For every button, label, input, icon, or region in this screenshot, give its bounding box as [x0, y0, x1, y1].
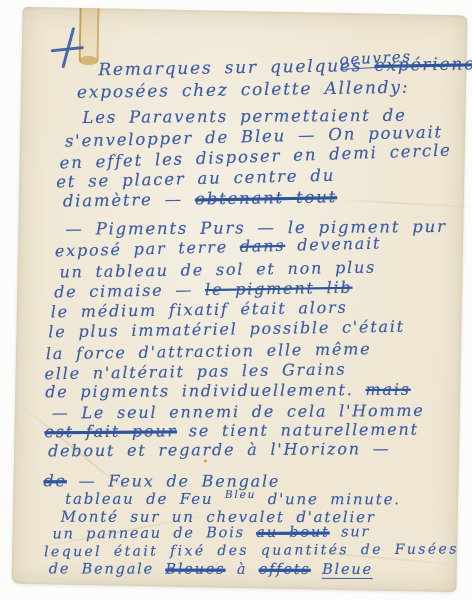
manuscript-segment: tableau de Feu [65, 490, 225, 508]
manuscript-segment: se tient naturellement [177, 420, 419, 441]
manuscript-line: Monté sur un chevalet d'atelier [61, 508, 376, 527]
manuscript-segment-u: Bleue [322, 562, 373, 579]
manuscript-line: oeuvres [339, 47, 412, 69]
manuscript-line: exposées chez colette Allendy: [77, 78, 410, 103]
manuscript-segment: debout et regarde à l'Horizon — [48, 439, 391, 460]
manuscript-segment: un panneau de Bois [52, 525, 256, 542]
manuscript-segment [311, 562, 322, 578]
manuscript-line: de — Feux de Bengale [43, 471, 280, 490]
manuscript-text: Remarques sur quelques expériencesoeuvre… [12, 7, 468, 592]
manuscript-segment: — Feux de Bengale [67, 471, 280, 490]
manuscript-segment-strike: le pigment lib [205, 278, 353, 299]
manuscript-segment: devenait [285, 233, 381, 254]
manuscript-segment-u: oeuvres [339, 47, 412, 70]
manuscript-segment: de Bengale [49, 561, 166, 577]
manuscript-line: lequel était fixé des quantités de Fusée… [44, 541, 459, 560]
manuscript-segment: d'une minute. [256, 490, 401, 508]
manuscript-segment: lequel était fixé des quantités de Fusée… [44, 541, 459, 560]
manuscript-segment-xstrike: est fait pour [44, 421, 177, 441]
manuscript-line: tableau de Feu Bleu d'une minute. [65, 490, 401, 509]
manuscript-segment: exposé par terre [55, 237, 240, 261]
manuscript-segment-xstrike: au bout [256, 525, 329, 542]
manuscript-line: Remarques sur quelques expériences [98, 54, 472, 80]
manuscript-line: un panneau de Bois au bout sur [52, 524, 370, 542]
manuscript-line: de Bengale Bleues à effets Bleue [49, 561, 373, 578]
manuscript-segment-sup: Bleu [225, 489, 256, 501]
manuscript-segment: sur [330, 524, 371, 540]
paper: Remarques sur quelques expériencesoeuvre… [12, 7, 468, 592]
manuscript-segment: Remarques sur quelques [98, 56, 374, 80]
manuscript-line: diamètre — obtenant tout [63, 187, 338, 210]
manuscript-segment-xstrike: de [43, 471, 66, 490]
manuscript-segment: — Pigments Purs — le pigment pur [65, 217, 447, 239]
manuscript-line: de pigments individuellement. mais [45, 380, 411, 402]
manuscript-segment: diamètre — [63, 190, 195, 211]
manuscript-segment-strike: dans [240, 236, 286, 256]
manuscript-segment-xstrike: effets [259, 562, 311, 578]
manuscript-segment-xstrike: Bleues [165, 562, 225, 578]
manuscript-line: — Pigments Purs — le pigment pur [65, 217, 447, 239]
manuscript-segment-xstrike: obtenant tout [195, 187, 337, 208]
manuscript-segment: Monté sur un chevalet d'atelier [61, 508, 376, 527]
manuscript-segment: de cimaise — [54, 280, 205, 301]
manuscript-line: est fait pour se tient naturellement [44, 420, 419, 442]
manuscript-segment: à [225, 562, 258, 578]
manuscript-segment: de pigments individuellement. [45, 380, 365, 401]
manuscript-line: debout et regarde à l'Horizon — [48, 439, 391, 460]
manuscript-segment: exposées chez colette Allendy: [77, 78, 410, 103]
manuscript-segment-strike: mais [365, 380, 410, 399]
